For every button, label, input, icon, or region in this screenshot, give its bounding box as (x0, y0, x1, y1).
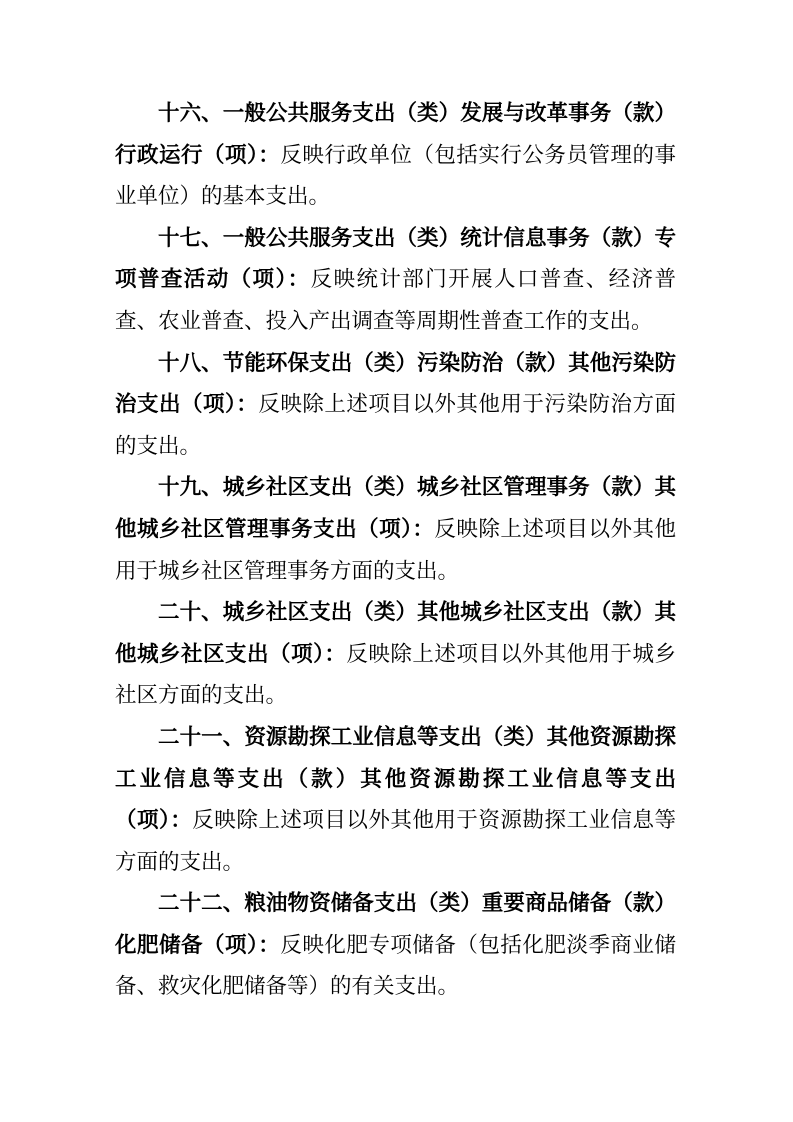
paragraph: 十八、节能环保支出（类）污染防治（款）其他污染防治支出（项）：反映除上述项目以外… (115, 343, 676, 468)
paragraph: 十九、城乡社区支出（类）城乡社区管理事务（款）其他城乡社区管理事务支出（项）：反… (115, 467, 676, 592)
paragraph-body: 反映除上述项目以外其他用于资源勘探工业信息等方面的支出。 (115, 808, 676, 874)
paragraph: 二十二、粮油物资储备支出（类）重要商品储备（款）化肥储备（项）：反映化肥专项储备… (115, 883, 676, 1008)
document-body: 十六、一般公共服务支出（类）发展与改革事务（款）行政运行（项）：反映行政单位（包… (115, 93, 676, 1008)
paragraph: 十七、一般公共服务支出（类）统计信息事务（款）专项普查活动（项）：反映统计部门开… (115, 218, 676, 343)
paragraph: 二十一、资源勘探工业信息等支出（类）其他资源勘探工业信息等支出（款）其他资源勘探… (115, 717, 676, 883)
paragraph: 十六、一般公共服务支出（类）发展与改革事务（款）行政运行（项）：反映行政单位（包… (115, 93, 676, 218)
document-page: 十六、一般公共服务支出（类）发展与改革事务（款）行政运行（项）：反映行政单位（包… (0, 0, 793, 1122)
paragraph: 二十、城乡社区支出（类）其他城乡社区支出（款）其他城乡社区支出（项）：反映除上述… (115, 592, 676, 717)
